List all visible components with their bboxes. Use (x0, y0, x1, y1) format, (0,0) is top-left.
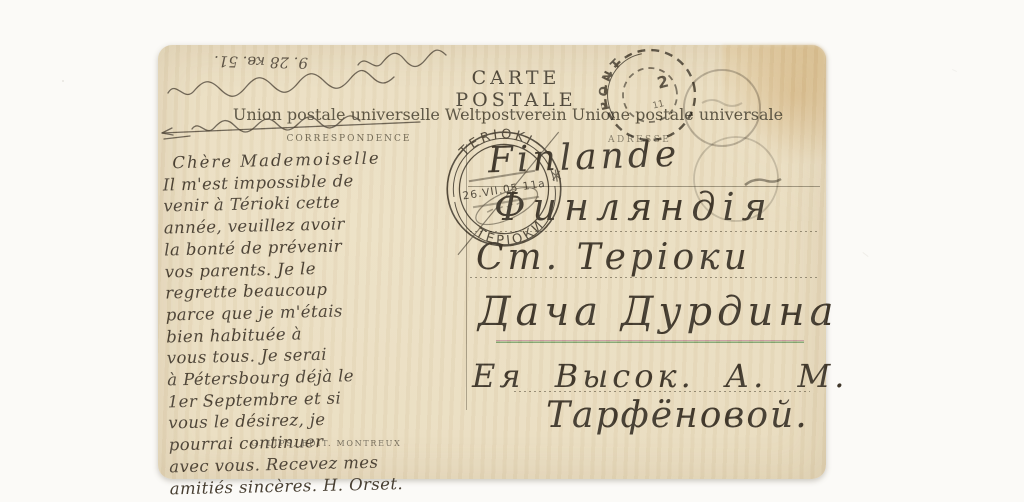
address-line-surname: Тарфёновой. (546, 395, 809, 436)
address-line-finland-cyrillic: Финляндія (494, 185, 774, 229)
pont-postmark-digit: 2 (655, 71, 670, 92)
scan-speck (952, 69, 957, 72)
pont-postmark-small-digits: 11 (652, 99, 666, 111)
postcard: CARTE POSTALE Union postale universelle … (158, 45, 826, 479)
address-line-dacha: Дача Дурдина (478, 289, 838, 335)
scan-speck (62, 80, 64, 82)
scan-speck (862, 252, 868, 257)
illegible-scrawl (160, 47, 460, 111)
address-line-recipient-initials: Ея Высок. А. М. (472, 357, 848, 395)
address-line-finlande: Finlande (487, 134, 681, 182)
address-underline-colored (496, 340, 804, 343)
address-line-station: Ст. Теріоки (476, 237, 751, 278)
scanned-postcard-page: CARTE POSTALE Union postale universelle … (0, 0, 1024, 502)
message-body: Chère Mademoiselle Il m'est impossible d… (162, 146, 474, 500)
crossed-out-note (158, 109, 428, 143)
